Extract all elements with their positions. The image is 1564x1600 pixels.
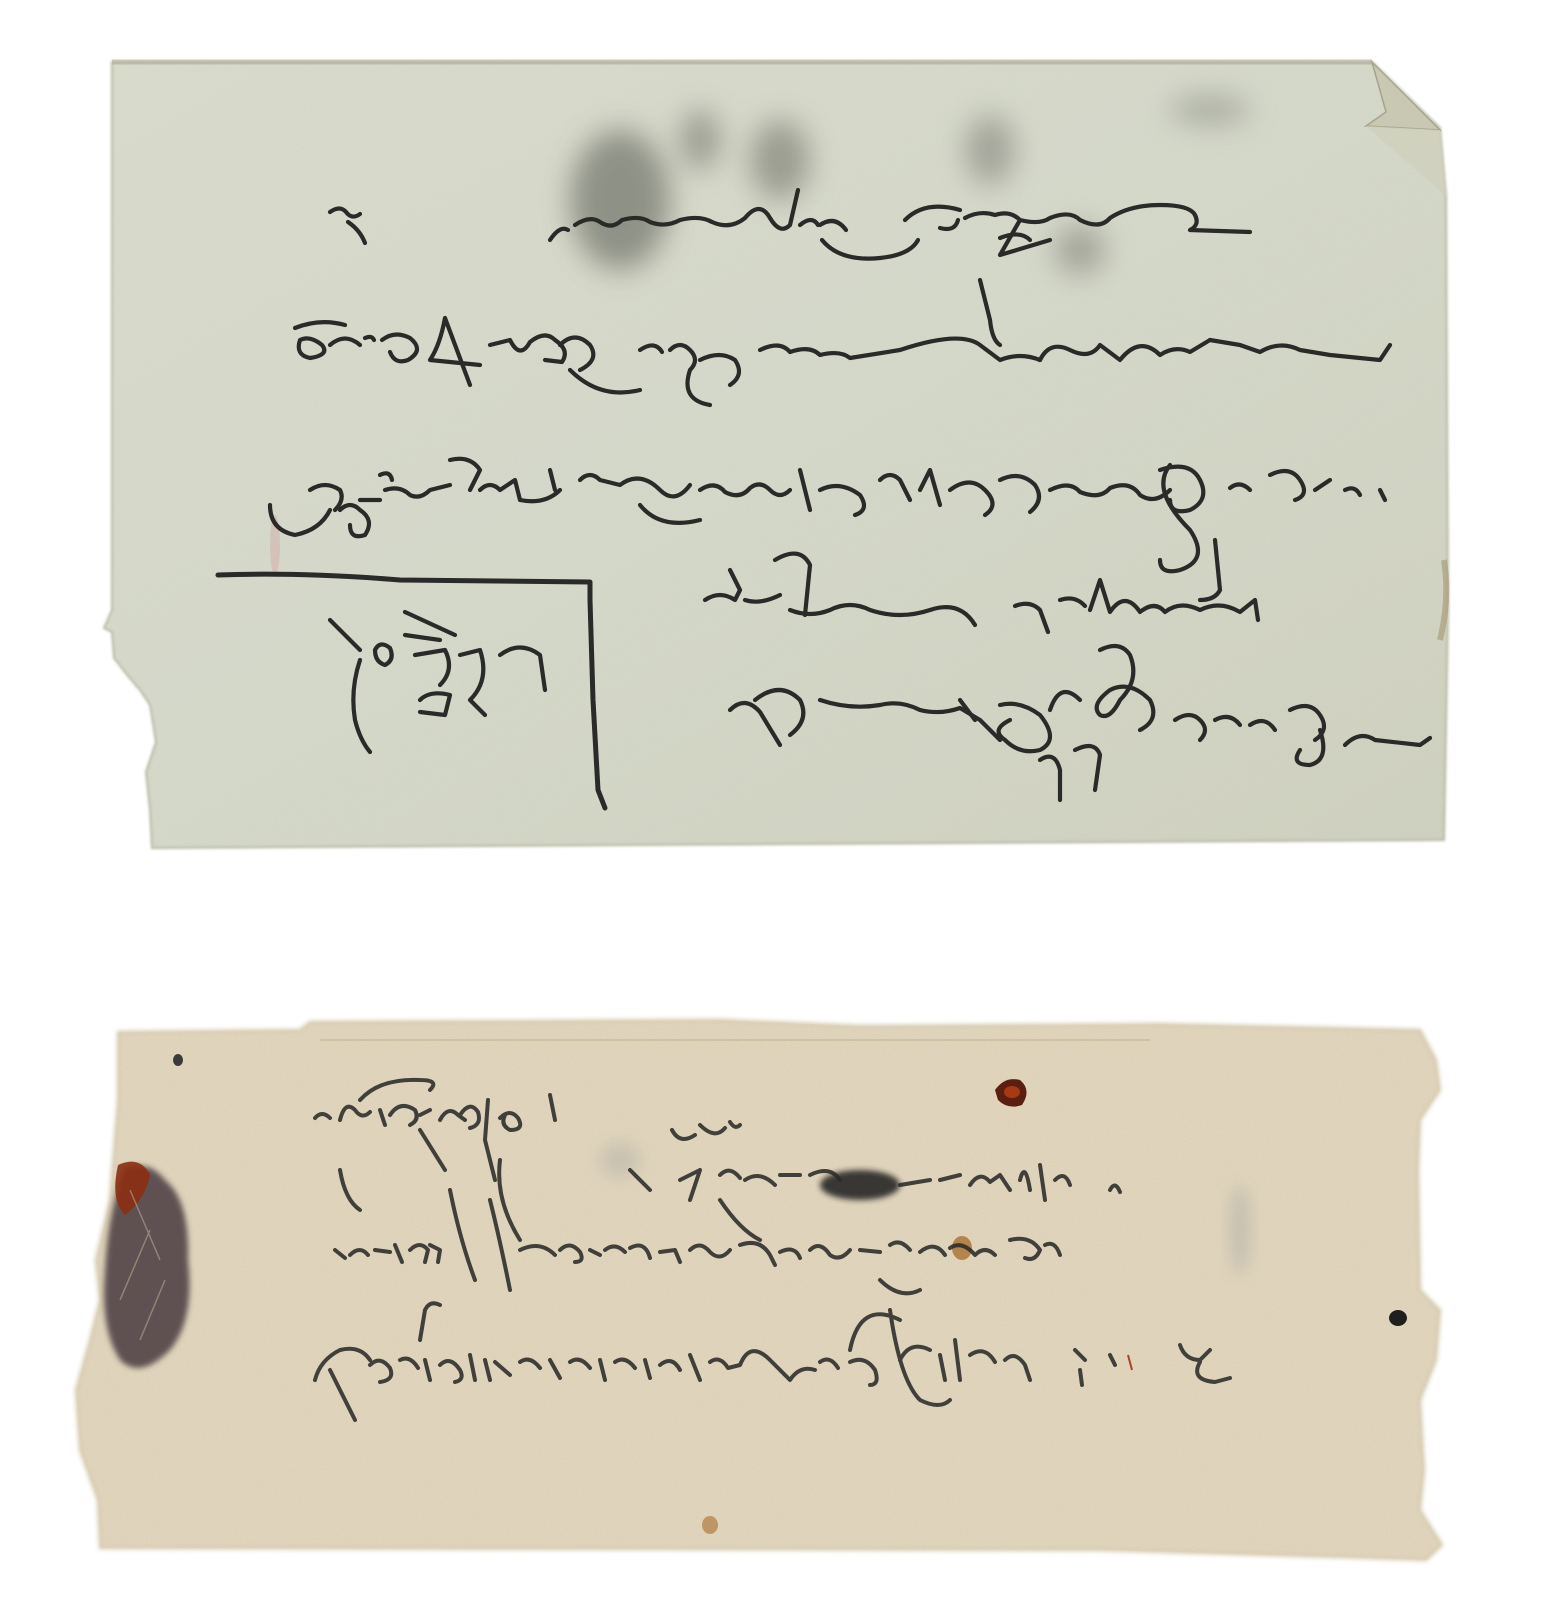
envelope-document: Handwritten Tibetan envelope (cursive um… (0, 0, 1564, 900)
letter-strip-artwork (0, 900, 1564, 1600)
envelope-artwork (0, 0, 1564, 900)
letter-strip-document: Handwritten Tibetan note on handmade pap… (0, 900, 1564, 1600)
